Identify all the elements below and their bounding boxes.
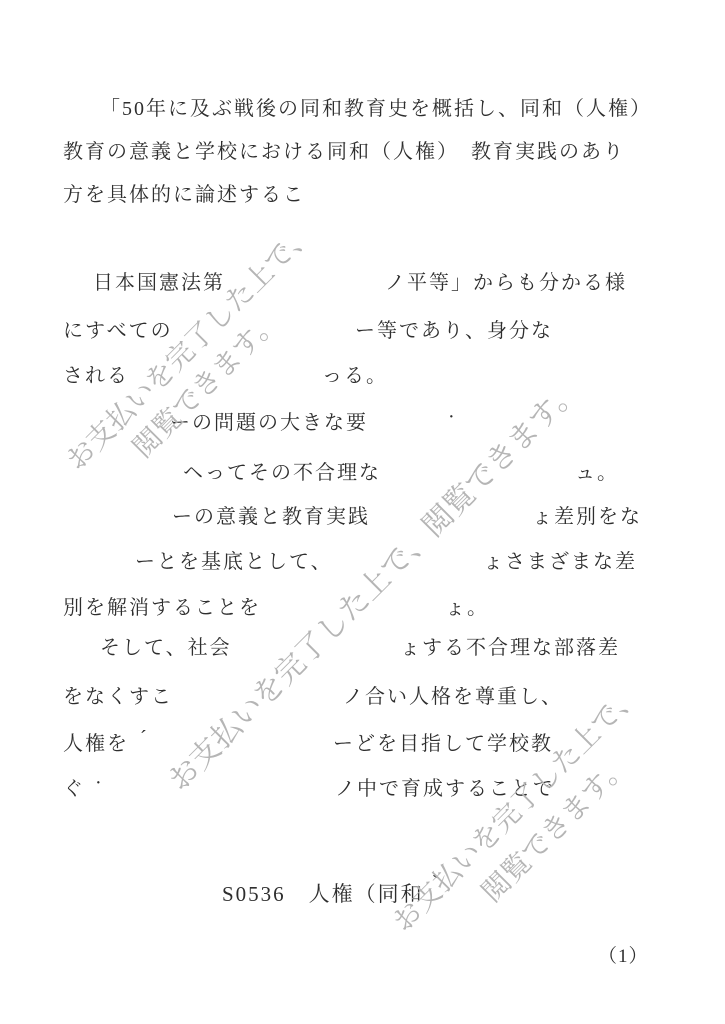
text-line: ーの問題の大きな要· bbox=[0, 406, 725, 430]
text-segment: にすべての bbox=[63, 314, 173, 343]
text-line: にすべてのー等であり、身分な bbox=[0, 314, 725, 338]
text-segment: そして、社会 bbox=[100, 631, 232, 660]
text-line: ーの意義と教育実践ょ差別をな bbox=[0, 500, 725, 524]
text-segment: 人権を bbox=[63, 727, 129, 756]
text-segment: 日本国憲法第 bbox=[93, 266, 225, 295]
text-segment: 方を具体的に論述するこ bbox=[63, 178, 305, 207]
text-segment: 「50年に及ぶ戦後の同和教育史を概括し、同和（人権） bbox=[100, 92, 652, 121]
text-segment: 別を解消することを bbox=[63, 591, 261, 620]
text-segment: ょ差別をな bbox=[532, 500, 642, 529]
text-line: ぐ·ノ中で育成することで bbox=[0, 772, 725, 796]
text-segment: っる。 bbox=[322, 359, 388, 388]
text-line: 方を具体的に論述するこ bbox=[0, 178, 725, 202]
payment-watermark-line: お支払いを完了した上で、 bbox=[58, 215, 322, 479]
text-segment: ノ平等」からも分かる様 bbox=[385, 266, 627, 295]
text-segment: ーとを基底として、 bbox=[135, 545, 333, 574]
text-segment: 教育の意義と学校における同和（人権） 教育実践のあり bbox=[63, 135, 625, 164]
text-segment: される bbox=[63, 359, 129, 388]
text-segment: ょさまざまな差 bbox=[483, 545, 637, 574]
text-segment: ´ bbox=[140, 727, 149, 750]
text-segment: ヘってその不合理な bbox=[183, 456, 381, 485]
text-segment: ぐ bbox=[63, 772, 85, 801]
payment-watermark: お支払いを完了した上で、 閲覧できます。 bbox=[383, 675, 680, 972]
text-line: 「50年に及ぶ戦後の同和教育史を概括し、同和（人権） bbox=[0, 92, 725, 116]
text-segment: ーどを目指して学校教 bbox=[333, 727, 553, 756]
text-segment: ょ。 bbox=[445, 591, 489, 620]
text-line: ヘってその不合理なュ。 bbox=[0, 456, 725, 480]
course-code-label: S0536 人権（同和 bbox=[222, 878, 424, 908]
text-segment: をなくすこ bbox=[63, 680, 173, 709]
course-code-tick: ˋ bbox=[432, 872, 438, 893]
text-segment: · bbox=[95, 772, 104, 795]
text-line: そして、社会ょする不合理な部落差 bbox=[0, 631, 725, 655]
text-line: をなくすこノ合い人格を尊重し、 bbox=[0, 680, 725, 704]
text-line: 人権を´ーどを目指して学校教 bbox=[0, 727, 725, 751]
text-segment: ノ中で育成することで bbox=[335, 772, 555, 801]
text-line: 教育の意義と学校における同和（人権） 教育実践のあり bbox=[0, 135, 725, 159]
text-segment: · bbox=[448, 406, 457, 429]
text-segment: ー等であり、身分な bbox=[355, 314, 553, 343]
text-line: 日本国憲法第ノ平等」からも分かる様 bbox=[0, 266, 725, 290]
text-segment: ょする不合理な部落差 bbox=[400, 631, 620, 660]
page-number: （1） bbox=[598, 941, 649, 968]
text-line: 別を解消することをょ。 bbox=[0, 591, 725, 615]
document-page: S0536 人権（同和 ˋ （1） 「50年に及ぶ戦後の同和教育史を概括し、同和… bbox=[0, 0, 725, 1024]
text-line: されるっる。 bbox=[0, 359, 725, 383]
text-segment: ュ。 bbox=[575, 456, 619, 485]
text-segment: ノ合い人格を尊重し、 bbox=[343, 680, 563, 709]
text-segment: ーの意義と教育実践 bbox=[172, 500, 370, 529]
text-line: ーとを基底として、ょさまざまな差 bbox=[0, 545, 725, 569]
text-segment: ーの問題の大きな要 bbox=[170, 406, 368, 435]
